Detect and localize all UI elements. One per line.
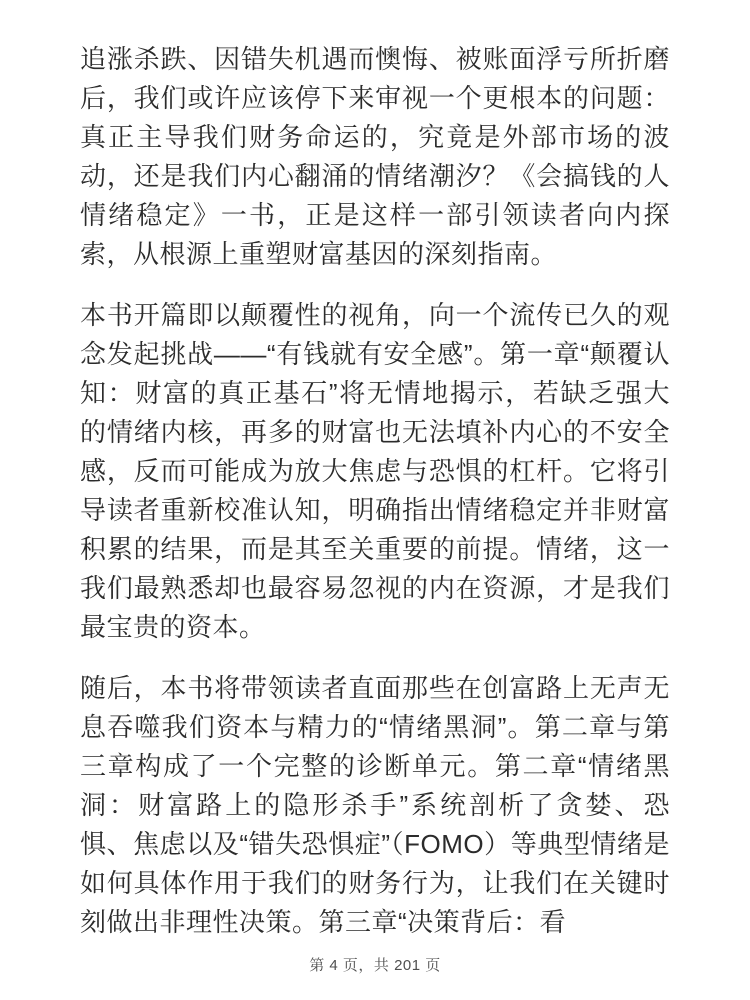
- paragraph-chapters-two-three: 随后，本书将带领读者直面那些在创富路上无声无息吞噬我们资本与精力的“情绪黑洞”。…: [80, 669, 670, 942]
- paragraph-intro: 追涨杀跌、因错失机遇而懊悔、被账面浮亏所折磨后，我们或许应该停下来审视一个更根本…: [80, 40, 670, 274]
- document-page: 追涨杀跌、因错失机遇而懊悔、被账面浮亏所折磨后，我们或许应该停下来审视一个更根本…: [0, 0, 750, 1000]
- paragraph-chapter-one: 本书开篇即以颠覆性的视角，向一个流传已久的观念发起挑战——“有钱就有安全感”。第…: [80, 296, 670, 647]
- page-indicator: 第 4 页，共 201 页: [0, 956, 750, 976]
